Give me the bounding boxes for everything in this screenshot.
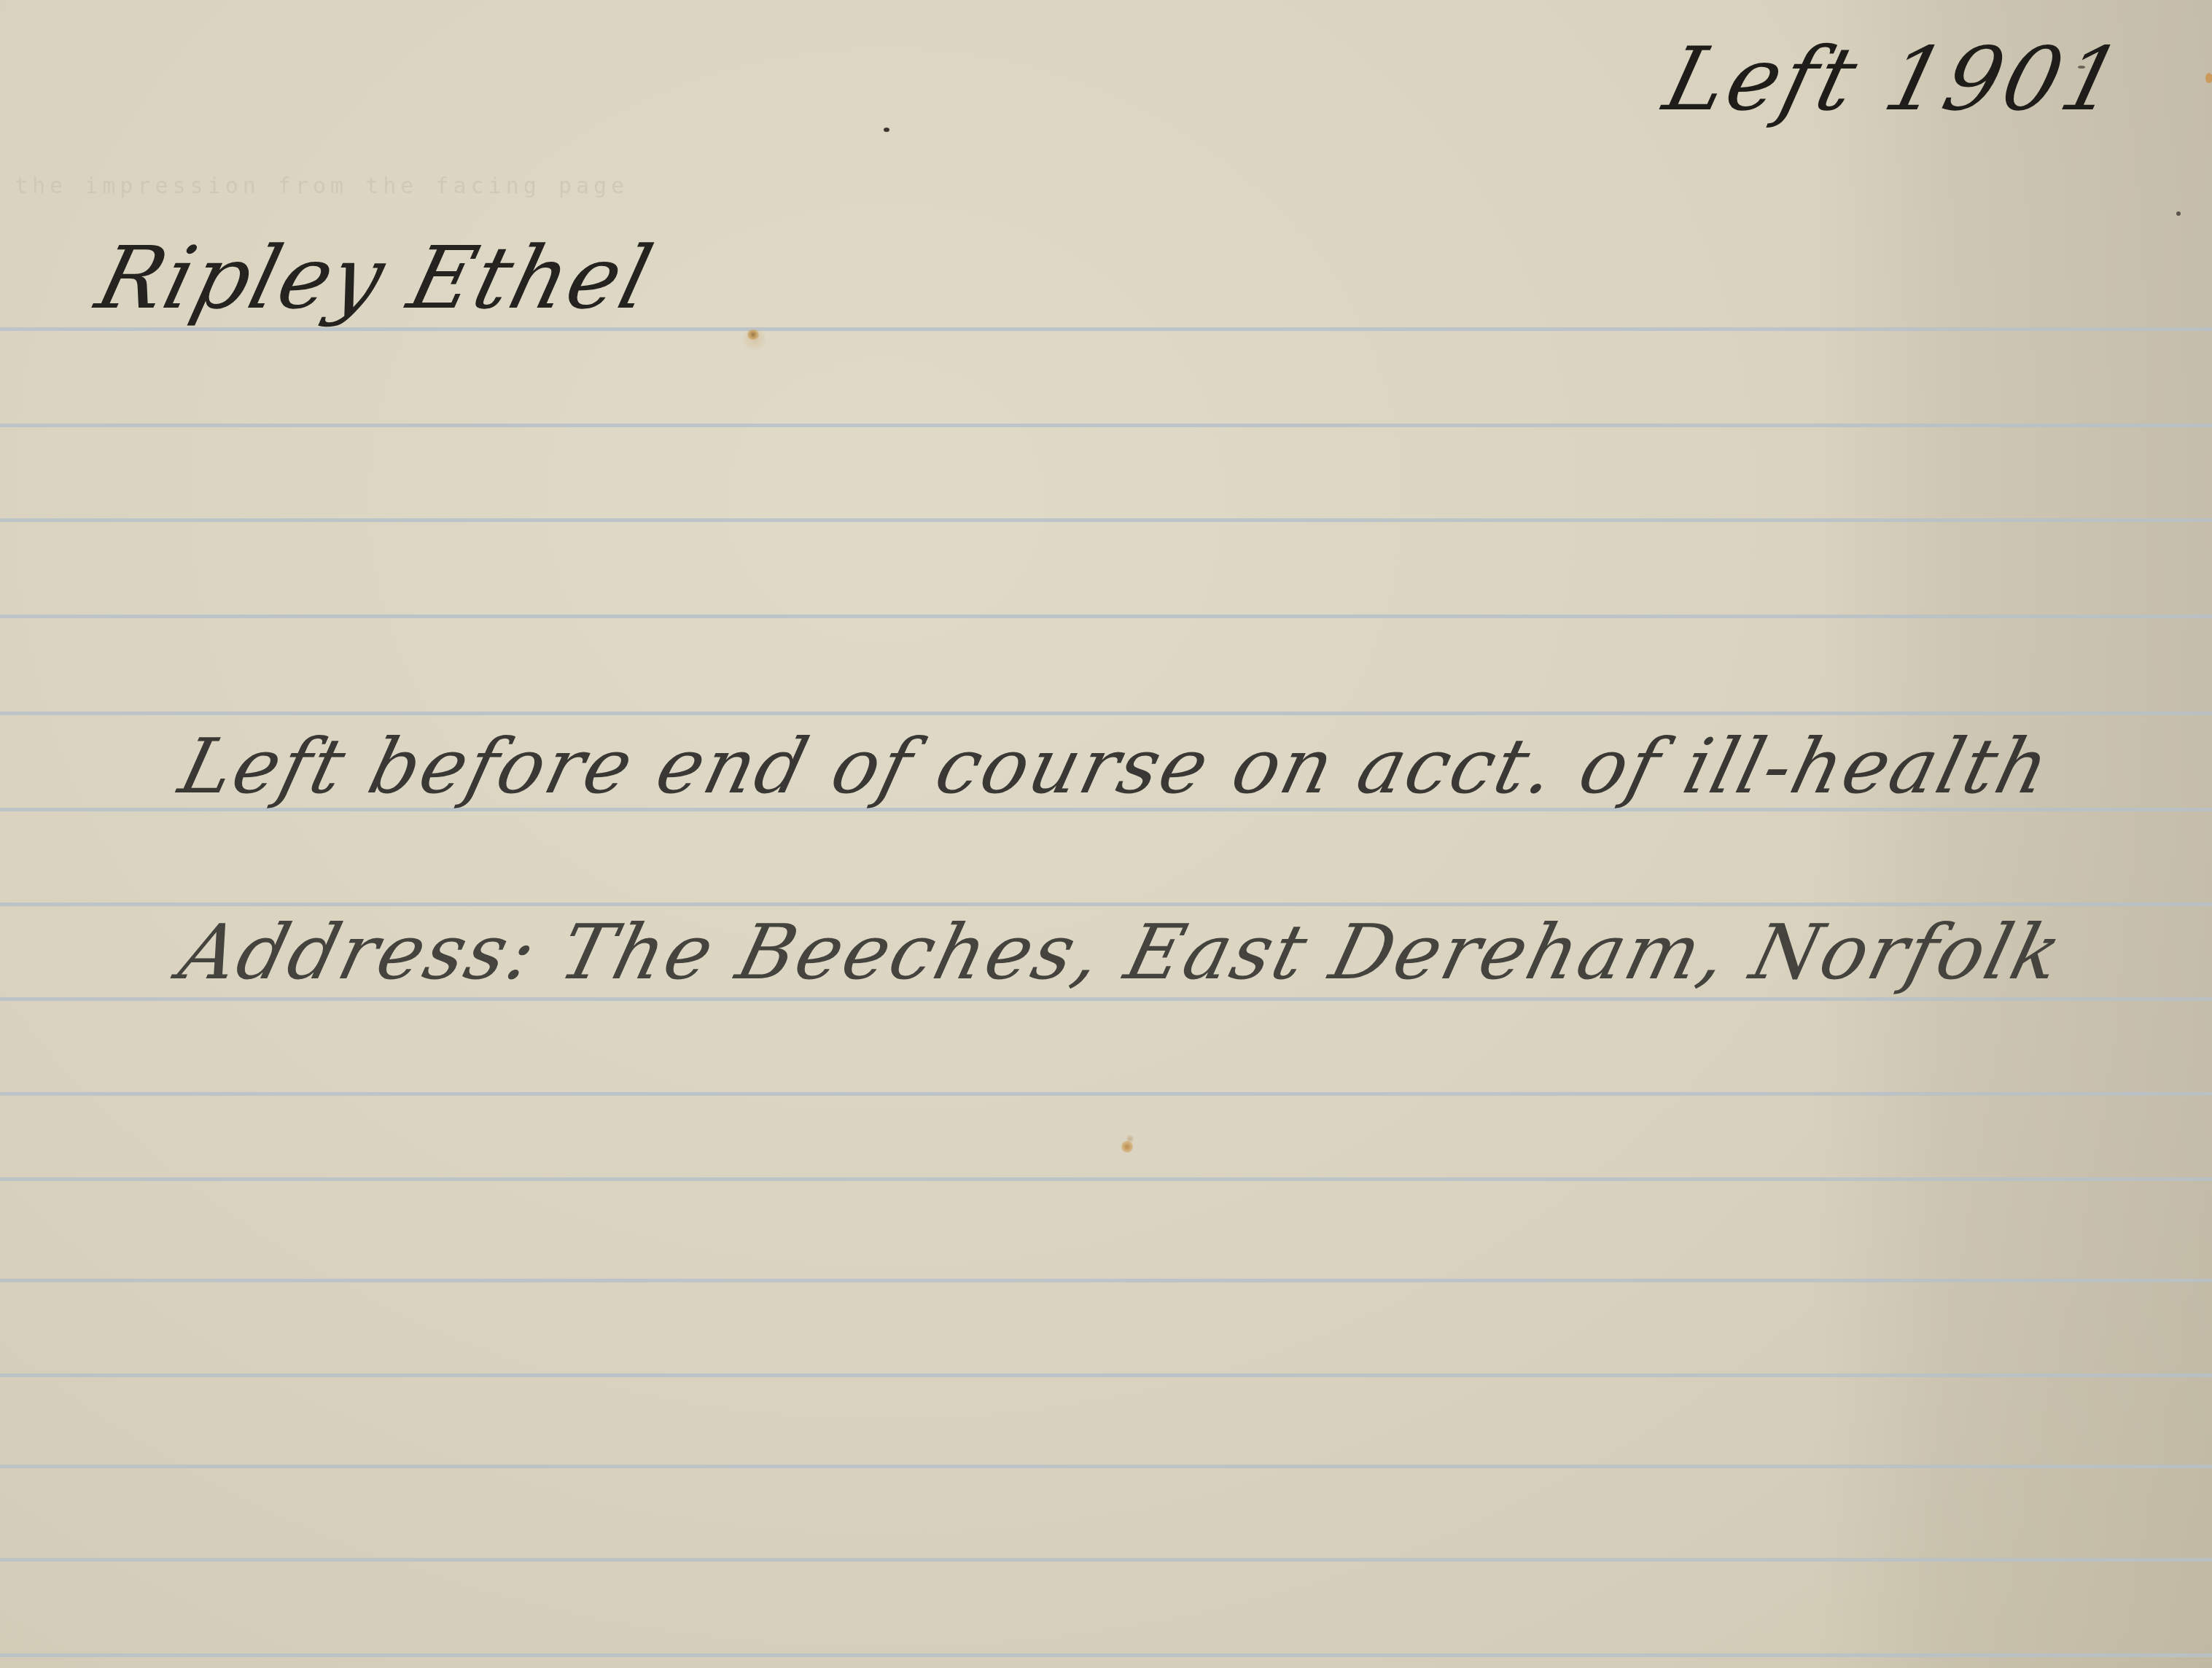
header-date: Left 1901 — [1655, 29, 2135, 130]
ruled-line — [0, 1558, 2212, 1562]
ruled-line — [0, 712, 2212, 715]
ruled-line — [0, 1465, 2212, 1468]
bleed-through-ghost-text: the impression from the facing page — [15, 174, 628, 199]
ruled-line — [0, 518, 2212, 522]
ruled-line — [0, 1653, 2212, 1657]
foxing-spot — [740, 328, 769, 350]
ruled-line — [0, 1373, 2212, 1377]
ink-speck — [884, 128, 889, 132]
ruled-line — [0, 1279, 2212, 1282]
leaving-note: Left before end of course on acct. of il… — [171, 722, 2060, 811]
document-page: the impression from the facing page Left… — [0, 0, 2212, 1668]
ruled-line — [0, 615, 2212, 618]
student-name: Ripley Ethel — [87, 227, 663, 328]
address-line: Address: The Beeches, East Dereham, Norf… — [171, 908, 2072, 997]
foxing-spot — [2205, 73, 2212, 83]
ink-speck — [2078, 66, 2085, 69]
ruled-line — [0, 424, 2212, 427]
ruled-line — [0, 1177, 2212, 1181]
ruled-line — [0, 1092, 2212, 1096]
ruled-line — [0, 997, 2212, 1001]
ink-speck — [2176, 211, 2181, 216]
foxing-spot — [1126, 1134, 1134, 1144]
ruled-line — [0, 903, 2212, 906]
